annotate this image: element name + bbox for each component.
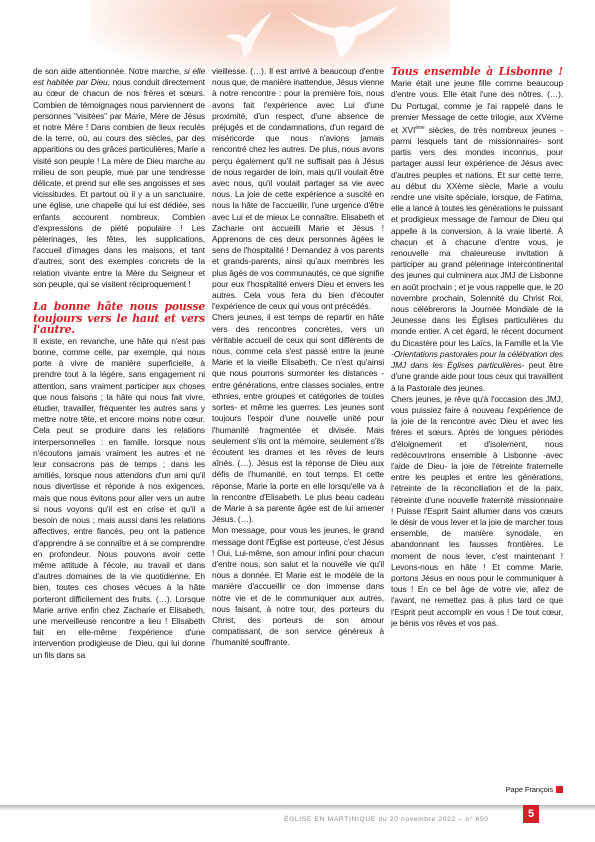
paragraph: Chers jeunes, il est temps de repartir e… — [212, 312, 384, 525]
paragraph: de son aide attentionnée. Notre marche, … — [33, 66, 205, 290]
footer-publication: ÉGLISE EN MARTINIQUE du 20 novembre 2022… — [284, 816, 489, 823]
paragraph: Mon message, pour vous les jeunes, le gr… — [212, 525, 384, 648]
column-2: vieillesse. (…). Il est arrivé à beaucou… — [212, 66, 384, 649]
dove-icon — [290, 6, 400, 66]
paragraph: Tous ensemble à Lisbonne ! Marie était u… — [391, 66, 563, 394]
signature-text: Pape François — [506, 784, 553, 795]
paragraph: Il existe, en revanche, une hâte qui n'e… — [33, 336, 205, 661]
paragraph: Chers jeunes, je rêve qu'à l'occasion de… — [391, 394, 563, 629]
section-heading: Tous ensemble à Lisbonne ! — [391, 65, 563, 78]
section-heading: La bonne hâte nous pousse toujours vers … — [33, 301, 205, 336]
footer-rule — [0, 805, 595, 811]
column-3: Tous ensemble à Lisbonne ! Marie était u… — [391, 66, 563, 629]
page-number: 5 — [523, 805, 539, 823]
column-1: de son aide attentionnée. Notre marche, … — [33, 66, 205, 661]
end-mark-icon — [556, 786, 563, 793]
header-illustration — [90, 0, 450, 72]
signature: Pape François — [506, 784, 563, 795]
dove-icon — [220, 8, 280, 58]
paragraph: vieillesse. (…). Il est arrivé à beaucou… — [212, 66, 384, 312]
article-body: de son aide attentionnée. Notre marche, … — [33, 66, 563, 801]
